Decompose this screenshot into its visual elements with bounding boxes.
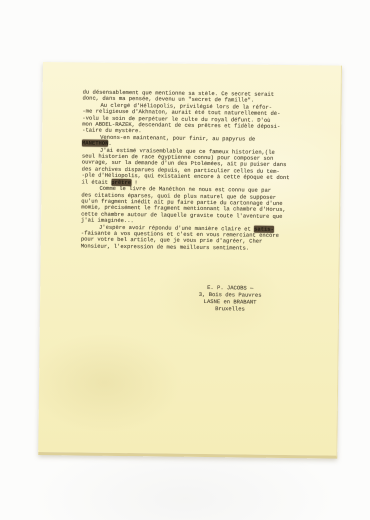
scan-background: du désensablement que mentionne sa stèle… (0, 0, 370, 520)
signature-address-city: Bruxelles (160, 304, 300, 313)
signature-block: E. P. JACOBS — 3, Bois des Pauvres LASNE… (160, 283, 300, 313)
letter-body: du désensablement que mentionne sa stèle… (81, 89, 303, 252)
letter-paper: du désensablement que mentionne sa stèle… (38, 62, 342, 459)
letter-line: Monsieur, l'expression de mes meilleurs … (81, 243, 301, 252)
